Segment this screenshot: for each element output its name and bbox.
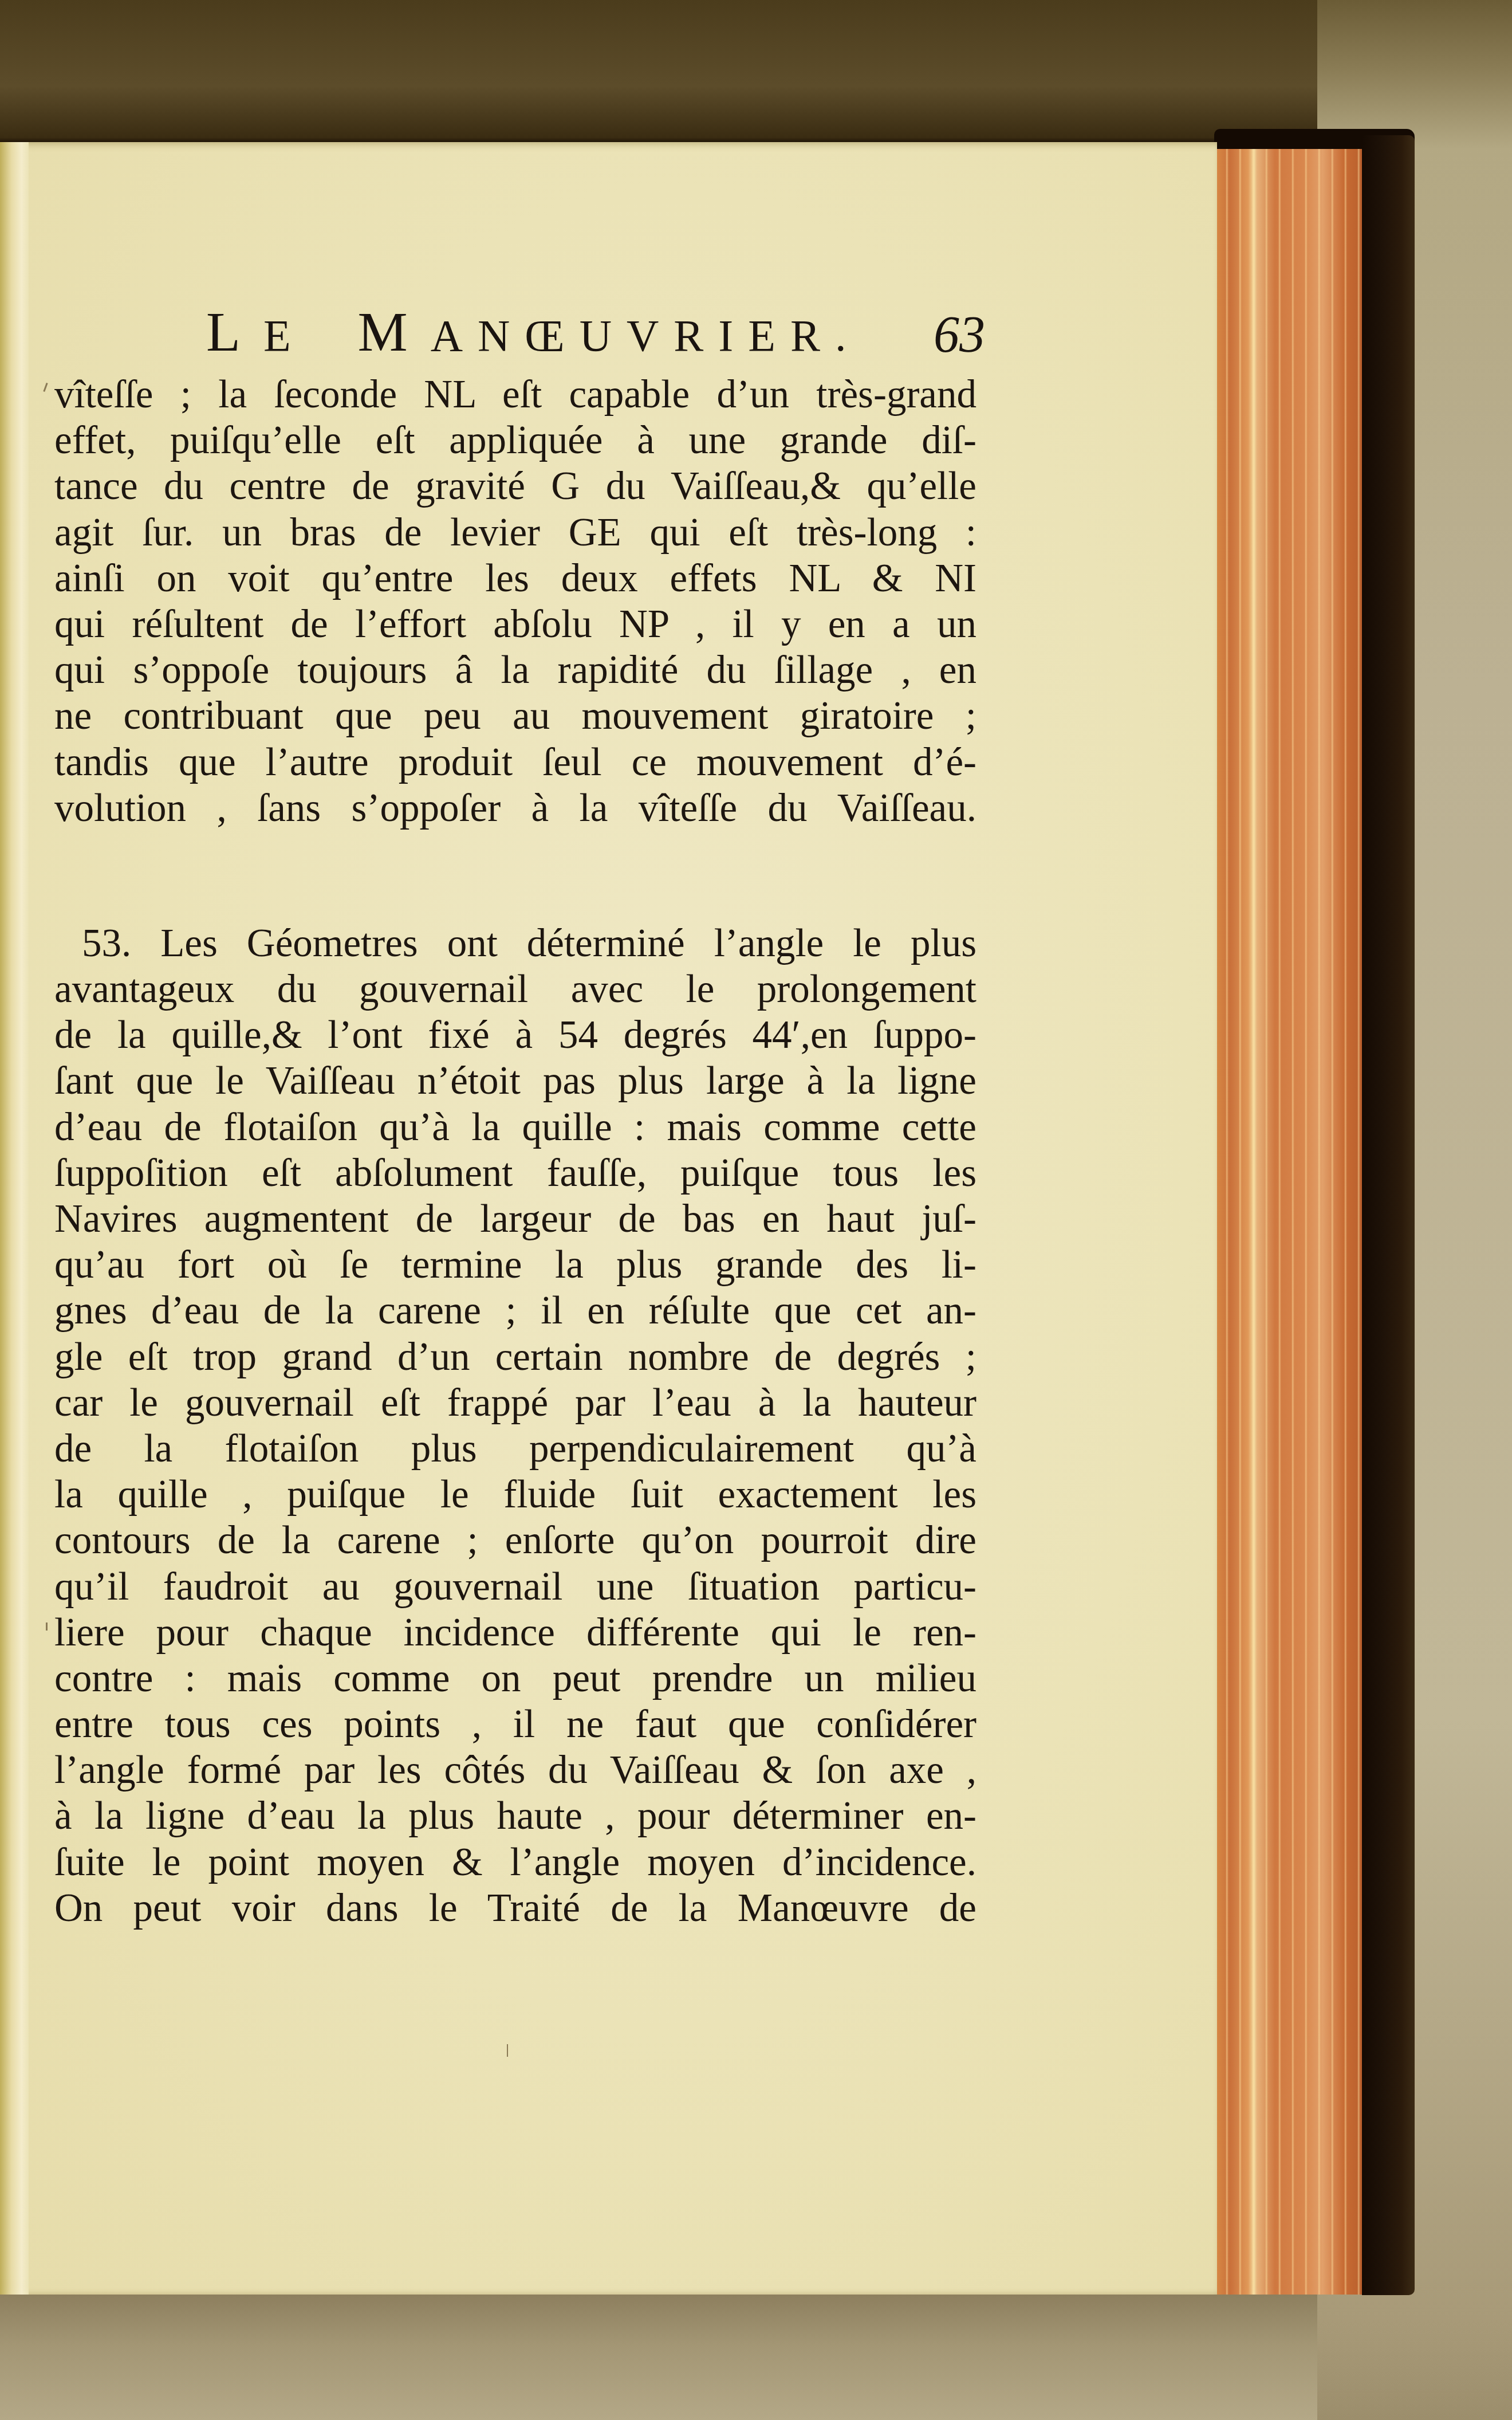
text-line: la quille , puiſque le fluide ſuit exact… (54, 1471, 976, 1517)
text-line: gnes d’eau de la carene ; il en réſulte … (54, 1287, 976, 1333)
page-gutter (0, 142, 29, 2295)
text-line: vîteſſe ; la ſeconde NL eſt capable d’un… (54, 371, 976, 417)
text-line: de la flotaiſon plus perpendiculairement… (54, 1425, 976, 1471)
text-line: Navires augmentent de largeur de bas en … (54, 1196, 976, 1242)
text-line: gle eſt trop grand d’un certain nombre d… (54, 1334, 976, 1380)
text-line: avantageux du gouvernail avec le prolong… (54, 966, 976, 1012)
background-surface-bottom (0, 2295, 1317, 2420)
book-page-edges (1215, 149, 1364, 2295)
text-line: tance du centre de gravité G du Vaiſſeau… (54, 463, 976, 509)
text-line: ſuite le point moyen & l’angle moyen d’i… (54, 1839, 976, 1885)
ink-speck (46, 1622, 48, 1631)
running-title-smallcaps-2: anœuvrier. (431, 311, 861, 360)
text-line-last: On peut voir dans le Traité de la Manœuv… (54, 1885, 976, 1931)
page-number: 63 (934, 298, 985, 372)
text-line: qu’il faudroit au gouvernail une ſituati… (54, 1563, 976, 1609)
body-text: vîteſſe ; la ſeconde NL eſt capable d’un… (54, 371, 976, 1931)
paragraph-2: 53. Les Géometres ont déterminé l’angle … (54, 920, 976, 1931)
background-shadow-top (0, 0, 1317, 143)
text-line: contre : mais comme on peut prendre un m… (54, 1655, 976, 1701)
text-line: à la ligne d’eau la plus haute , pour dé… (54, 1793, 976, 1838)
paragraph-spacer (54, 831, 976, 920)
text-line: l’angle formé par les côtés du Vaiſſeau … (54, 1747, 976, 1793)
text-line: volution , ſans s’oppoſer à la vîteſſe d… (54, 785, 976, 831)
text-line: ſant que le Vaiſſeau n’étoit pas plus la… (54, 1058, 976, 1103)
text-line: qu’au fort où ſe termine la plus grande … (54, 1242, 976, 1287)
text-line: d’eau de flotaiſon qu’à la quille : mais… (54, 1104, 976, 1150)
text-line: tandis que l’autre produit ſeul ce mouve… (54, 739, 976, 785)
text-line: de la quille,& l’ont fixé à 54 degrés 44… (54, 1012, 976, 1058)
text-line: contours de la carene ; enſorte qu’on po… (54, 1517, 976, 1563)
text-line: entre tous ces points , il ne faut que c… (54, 1701, 976, 1747)
text-line: liere pour chaque incidence différente q… (54, 1609, 976, 1655)
running-title-initial-1: L (206, 301, 263, 363)
text-line: agit ſur. un bras de levier GE qui eſt t… (54, 509, 976, 555)
paragraph-1: vîteſſe ; la ſeconde NL eſt capable d’un… (54, 371, 976, 831)
text-line: ainſi on voit qu’entre les deux effets N… (54, 555, 976, 601)
text-line-numbered: 53. Les Géometres ont déterminé l’angle … (54, 920, 976, 966)
text-line: qui réſultent de l’effort abſolu NP , il… (54, 601, 976, 647)
running-title-initial-2: M (358, 301, 431, 363)
text-line: qui s’oppoſe toujours â la rapidité du ſ… (54, 647, 976, 693)
running-head: Le Manœuvrier. 63 (206, 298, 985, 367)
book-cover-spine (1362, 135, 1415, 2295)
running-title-smallcaps-1: e (263, 311, 306, 360)
running-title: Le Manœuvrier. (206, 298, 861, 370)
ink-speck (507, 2044, 508, 2057)
text-line: car le gouvernail eſt frappé par l’eau à… (54, 1380, 976, 1425)
text-line: effet, puiſqu’elle eſt appliquée à une g… (54, 417, 976, 463)
text-line: ne contribuant que peu au mouvement gira… (54, 693, 976, 738)
text-line: ſuppoſition eſt abſolument fauſſe, puiſq… (54, 1150, 976, 1196)
